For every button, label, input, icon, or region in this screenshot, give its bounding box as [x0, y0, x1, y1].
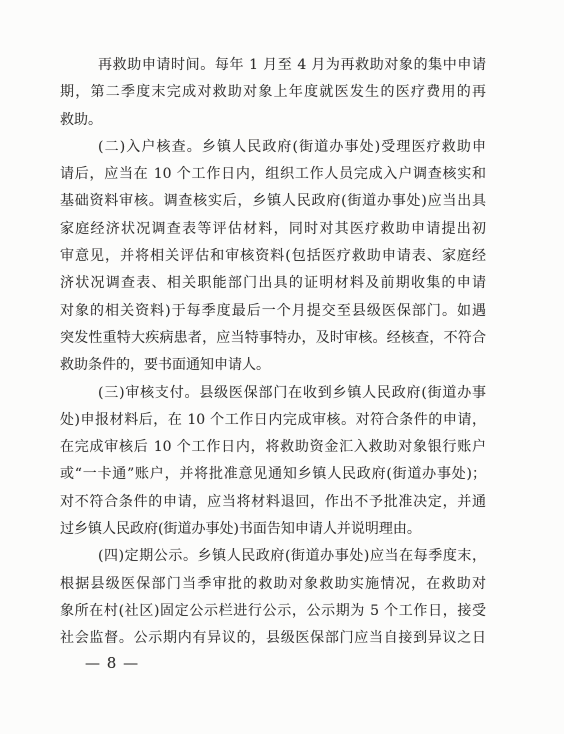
text-line: 处)申报材料后，在 10 个工作日内完成审核。对符合条件的申请， [60, 407, 486, 434]
text-line: 社会监督。公示期内有异议的，县级医保部门应当自接到异议之日 [60, 625, 486, 652]
text-line: 家庭经济状况调查表等评估材料，同时对其医疗救助申请提出初 [60, 216, 486, 243]
text-line: 审意见，并将相关评估和审核资料(包括医疗救助申请表、家庭经 [60, 243, 486, 270]
text-line: 期，第二季度末完成对救助对象上年度就医发生的医疗费用的再 [60, 79, 486, 106]
text-line: 对象的相关资料)于每季度最后一个月提交至县级医保部门。如遇 [60, 298, 486, 325]
text-line: 过乡镇人民政府(街道办事处)书面告知申请人并说明理由。 [60, 516, 486, 543]
text-line: 再救助申请时间。每年 1 月至 4 月为再救助对象的集中申请 [60, 52, 486, 79]
text-line: (四)定期公示。乡镇人民政府(街道办事处)应当在每季度末， [60, 543, 486, 570]
text-line: 突发性重特大疾病患者，应当特事特办，及时审核。经核查，不符合 [60, 325, 486, 352]
text-line: 对不符合条件的申请，应当将材料退回，作出不予批准决定，并通 [60, 489, 486, 516]
text-line: 在完成审核后 10 个工作日内，将救助资金汇入救助对象银行账户 [60, 434, 486, 461]
document-text-block: 再救助申请时间。每年 1 月至 4 月为再救助对象的集中申请 期，第二季度末完成… [60, 52, 486, 653]
document-page: 再救助申请时间。每年 1 月至 4 月为再救助对象的集中申请 期，第二季度末完成… [0, 0, 564, 734]
text-line: (二)入户核查。乡镇人民政府(街道办事处)受理医疗救助申 [60, 134, 486, 161]
page-number: — 8 — [85, 654, 139, 672]
text-line: 根据县级医保部门当季审批的救助对象救助实施情况，在救助对 [60, 571, 486, 598]
text-line: 济状况调查表、相关职能部门出具的证明材料及前期收集的申请 [60, 270, 486, 297]
text-line: 请后，应当在 10 个工作日内，组织工作人员完成入户调查核实和 [60, 161, 486, 188]
text-line: (三)审核支付。县级医保部门在收到乡镇人民政府(街道办事 [60, 380, 486, 407]
text-line: 或“一卡通”账户，并将批准意见通知乡镇人民政府(街道办事处)； [60, 461, 486, 488]
text-line: 基础资料审核。调查核实后，乡镇人民政府(街道办事处)应当出具 [60, 188, 486, 215]
text-line: 救助条件的，要书面通知申请人。 [60, 352, 486, 379]
text-line: 救助。 [60, 107, 486, 134]
text-line: 象所在村(社区)固定公示栏进行公示，公示期为 5 个工作日，接受 [60, 598, 486, 625]
